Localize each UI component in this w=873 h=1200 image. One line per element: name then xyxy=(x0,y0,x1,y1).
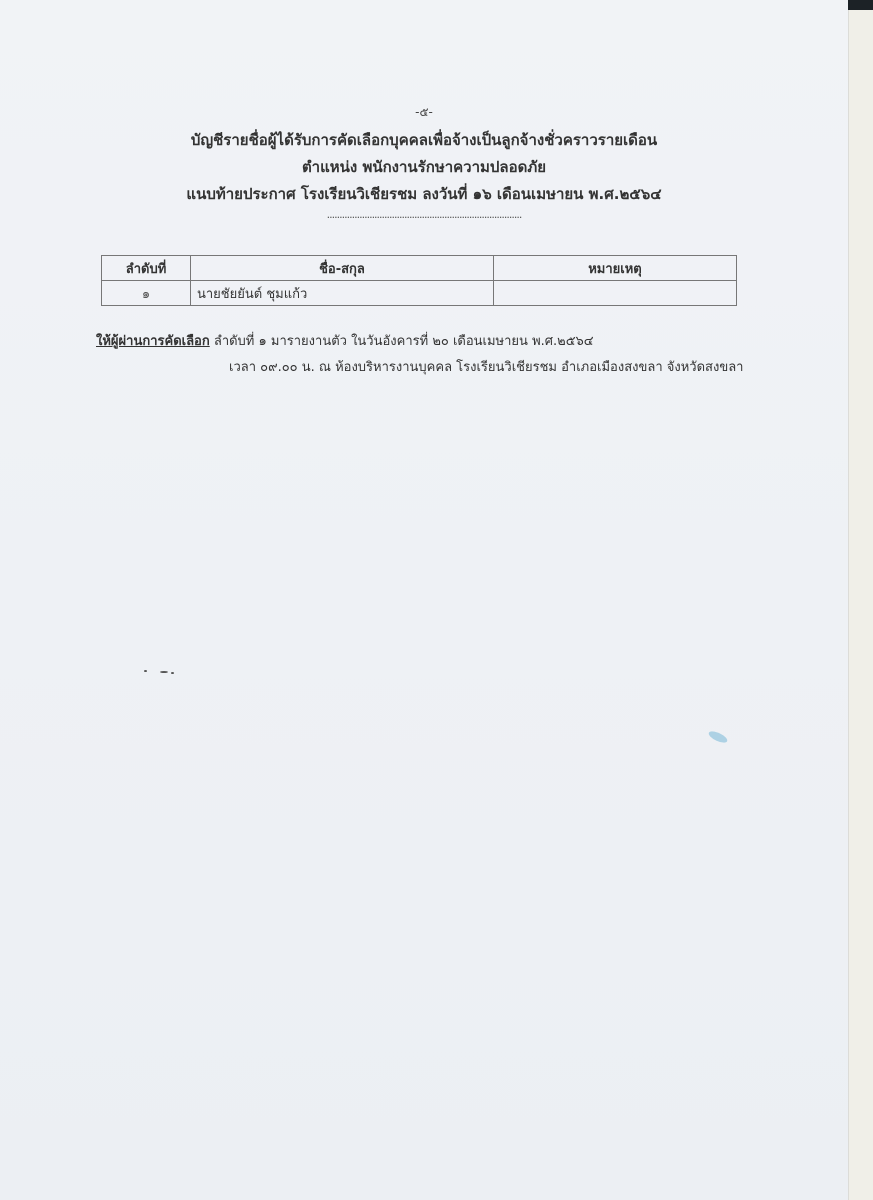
header-remark: หมายเหตุ xyxy=(494,256,737,281)
title-line-3: แนบท้ายประกาศ โรงเรียนวิเชียรชม ลงวันที่… xyxy=(0,182,848,206)
notice-line-1: ให้ผู้ผ่านการคัดเลือก ลำดับที่ ๑ มารายงา… xyxy=(96,330,594,351)
notice-line-2: เวลา ๐๙.๐๐ น. ณ ห้องบริหารงานบุคคล โรงเร… xyxy=(229,356,743,377)
scanner-edge xyxy=(848,0,873,1200)
cell-order: ๑ xyxy=(102,281,191,306)
ink-mark xyxy=(707,729,729,745)
dotted-separator: ........................................… xyxy=(0,208,848,221)
cell-remark xyxy=(494,281,737,306)
table-row: ๑ นายชัยยันต์ ชุมแก้ว xyxy=(102,281,737,306)
page-number: -๕- xyxy=(0,103,848,122)
cell-name: นายชัยยันต์ ชุมแก้ว xyxy=(191,281,494,306)
scan-speck xyxy=(171,672,174,674)
notice-lead: ให้ผู้ผ่านการคัดเลือก xyxy=(96,334,210,349)
table-header-row: ลำดับที่ ชื่อ-สกุล หมายเหตุ xyxy=(102,256,737,281)
header-order: ลำดับที่ xyxy=(102,256,191,281)
header-name: ชื่อ-สกุล xyxy=(191,256,494,281)
notice-line-1-text: ลำดับที่ ๑ มารายงานตัว ในวันอังคารที่ ๒๐… xyxy=(210,334,594,349)
scanned-page: -๕- บัญชีรายชื่อผู้ได้รับการคัดเลือกบุคค… xyxy=(0,0,848,1200)
scan-speck xyxy=(144,670,147,672)
title-line-1: บัญชีรายชื่อผู้ได้รับการคัดเลือกบุคคลเพื… xyxy=(0,128,848,152)
title-line-2: ตำแหน่ง พนักงานรักษาความปลอดภัย xyxy=(0,155,848,179)
scan-speck xyxy=(160,671,168,673)
scanner-edge-dark xyxy=(848,0,873,10)
selected-candidates-table: ลำดับที่ ชื่อ-สกุล หมายเหตุ ๑ นายชัยยันต… xyxy=(101,255,737,306)
